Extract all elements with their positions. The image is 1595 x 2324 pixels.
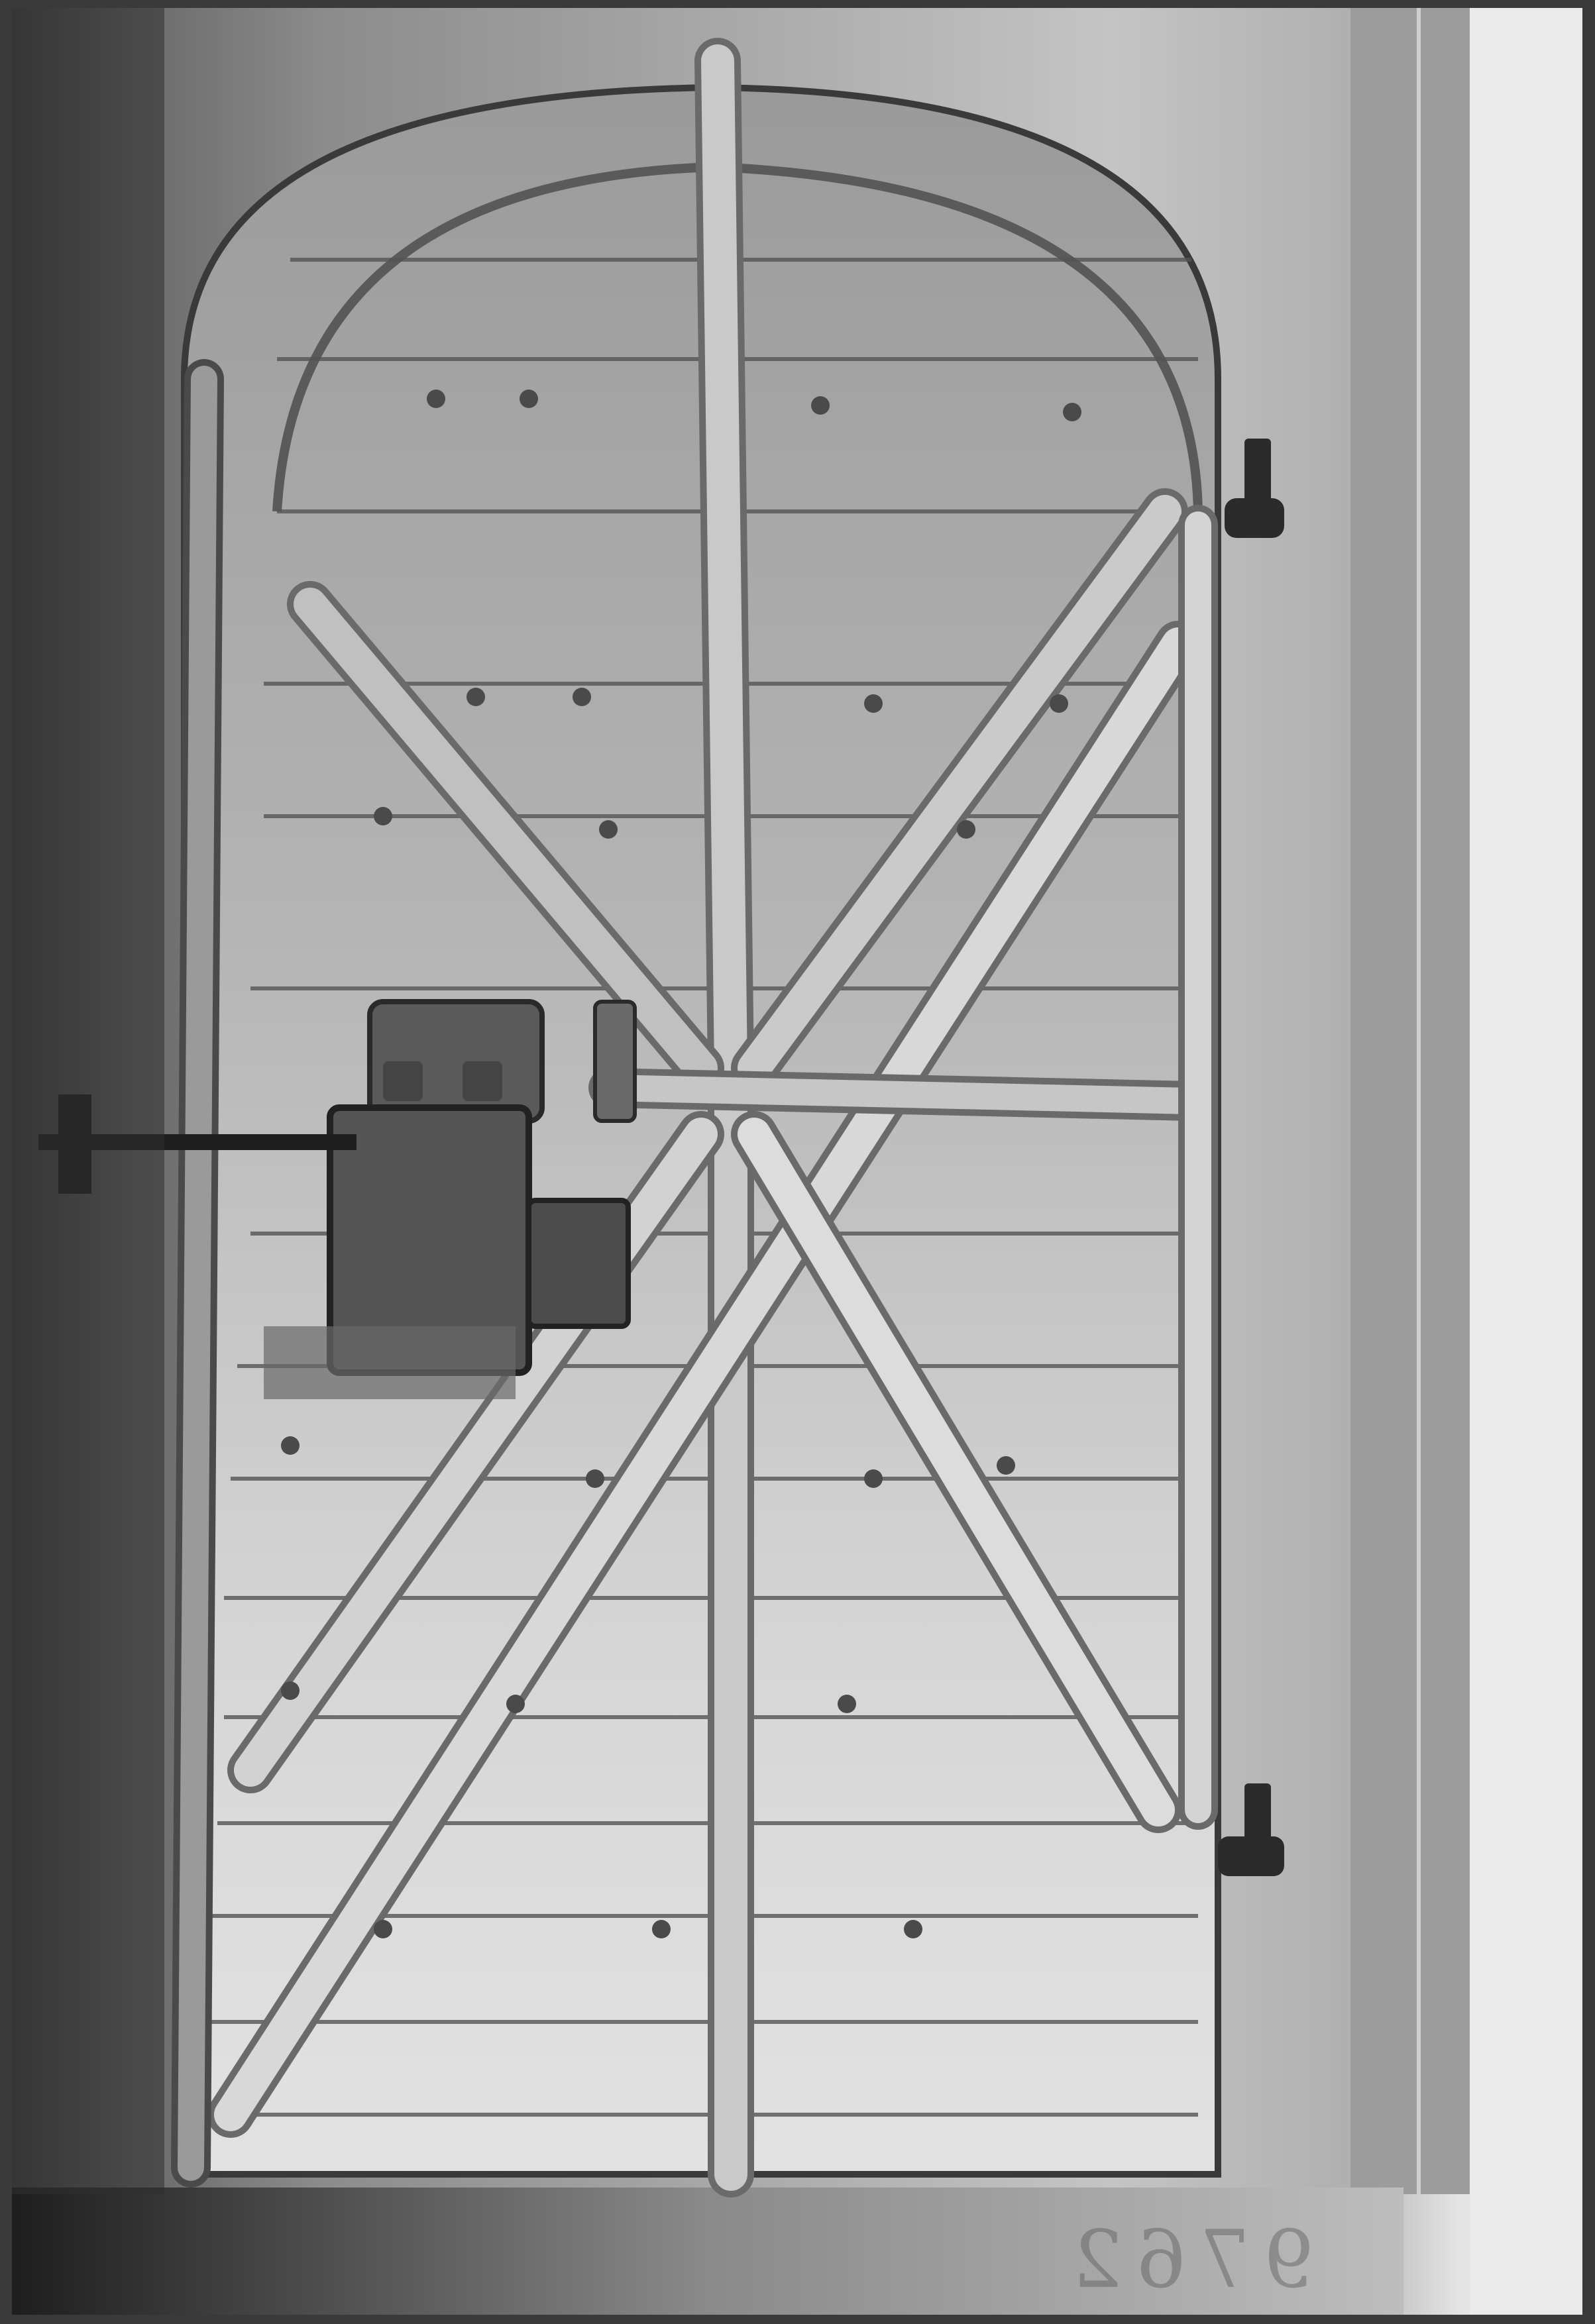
negative-number: 9762 [1059, 2214, 1314, 2306]
photo-border: 9762 [0, 0, 1595, 2324]
hinge-pintles [1218, 439, 1284, 1876]
door-illustration [12, 8, 1582, 2315]
wall-pillar [1350, 8, 1470, 2194]
door-photograph: 9762 [12, 8, 1582, 2315]
